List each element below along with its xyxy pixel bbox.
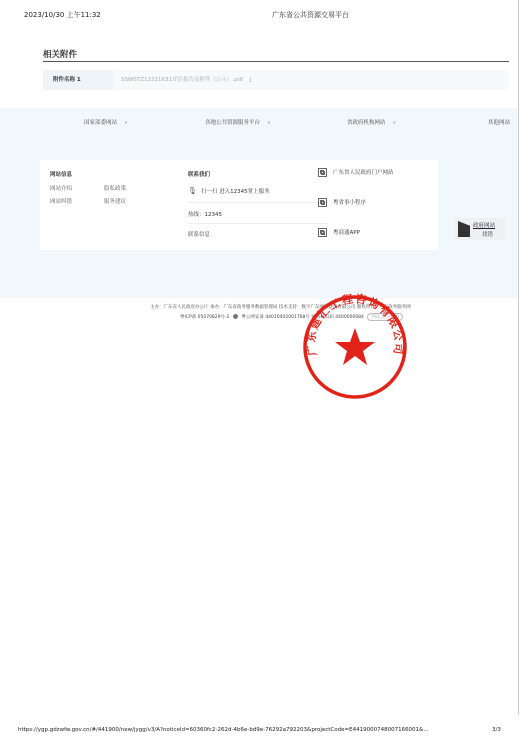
nav-provincial-sites[interactable]: 省政府机构网站∨: [347, 118, 396, 126]
footer-info-panel: 网站信息 网站介绍 隐私政策 网站纠错 服务建议 联系我们 🎙扫一扫 进入123…: [40, 160, 438, 250]
nav-local-platforms[interactable]: 各地公共资源服务平台∨: [205, 118, 271, 126]
gov-site-error-finder[interactable]: 政府网站 找错: [455, 218, 505, 240]
scan-service[interactable]: 🎙扫一扫 进入12345掌上服务: [188, 187, 270, 195]
qr-link-yueshangtong[interactable]: 粤商通APP: [318, 228, 360, 237]
download-icon[interactable]: ⤓: [249, 76, 252, 83]
print-footer-page: 3/3: [492, 727, 501, 733]
attachment-file-name[interactable]: SSWSTZ12311631评估报告及附件（公示）.pdf: [121, 77, 243, 83]
page-content: 相关附件 附件名称 1 SSWSTZ12311631评估报告及附件（公示）.pd…: [0, 24, 518, 714]
qr-link-gov-portal[interactable]: 广东省人民政府门户网站: [318, 168, 394, 177]
site-info-title: 网站信息: [50, 170, 72, 178]
chevron-down-icon: ∨: [267, 120, 271, 126]
attachment-row: 附件名称 1 SSWSTZ12311631评估报告及附件（公示）.pdf ⤓: [43, 70, 509, 90]
divider: [188, 223, 328, 224]
nav-ministry-sites[interactable]: 国家部委网站∨: [84, 118, 128, 126]
print-header-datetime: 2023/10/30 上午11:32: [24, 10, 101, 20]
print-header-title: 广东省公共资源交易平台: [272, 10, 349, 20]
page-edge: [518, 0, 519, 715]
site-footer: 国家部委网站∨ 各地公共资源服务平台∨ 省政府机构网站∨ 其他网站 网站信息 网…: [0, 108, 518, 298]
footer-nav: 国家部委网站∨ 各地公共资源服务平台∨ 省政府机构网站∨ 其他网站: [0, 108, 518, 138]
company-seal: 广东建汇工程咨询有限公司: [300, 292, 410, 402]
attachment-link[interactable]: SSWSTZ12311631评估报告及附件（公示）.pdf ⤓: [121, 70, 252, 90]
link-about[interactable]: 网站介绍: [50, 184, 72, 192]
link-error-report[interactable]: 网站纠错: [50, 197, 72, 205]
star-icon: [335, 328, 375, 365]
qr-code-icon: [318, 198, 327, 207]
section-divider: [43, 61, 509, 62]
microphone-icon: 🎙: [188, 187, 197, 195]
hotline: 热线：12345: [188, 210, 222, 218]
attachments-title: 相关附件: [43, 48, 77, 60]
magnifier-icon: [458, 221, 470, 237]
police-badge-icon: [233, 314, 238, 319]
print-footer-url: https://ygp.gdzwfw.gov.cn/#/441900/new/j…: [18, 727, 429, 733]
chevron-down-icon: ∨: [124, 120, 128, 126]
attachment-label: 附件名称 1: [43, 70, 113, 90]
qr-link-yueshengshi[interactable]: 粤省事小程序: [318, 198, 366, 207]
link-suggestions[interactable]: 服务建议: [104, 197, 126, 205]
link-privacy[interactable]: 隐私政策: [104, 184, 126, 192]
link-contact-info[interactable]: 联系信息: [188, 230, 210, 238]
qr-code-icon: [318, 228, 327, 237]
icp-link[interactable]: 粤ICP备 05070829号-2: [180, 315, 230, 320]
nav-other-sites[interactable]: 其他网站: [488, 118, 510, 126]
contact-title: 联系我们: [188, 170, 210, 178]
qr-code-icon: [318, 168, 327, 177]
chevron-down-icon: ∨: [393, 120, 397, 126]
divider: [188, 202, 328, 203]
